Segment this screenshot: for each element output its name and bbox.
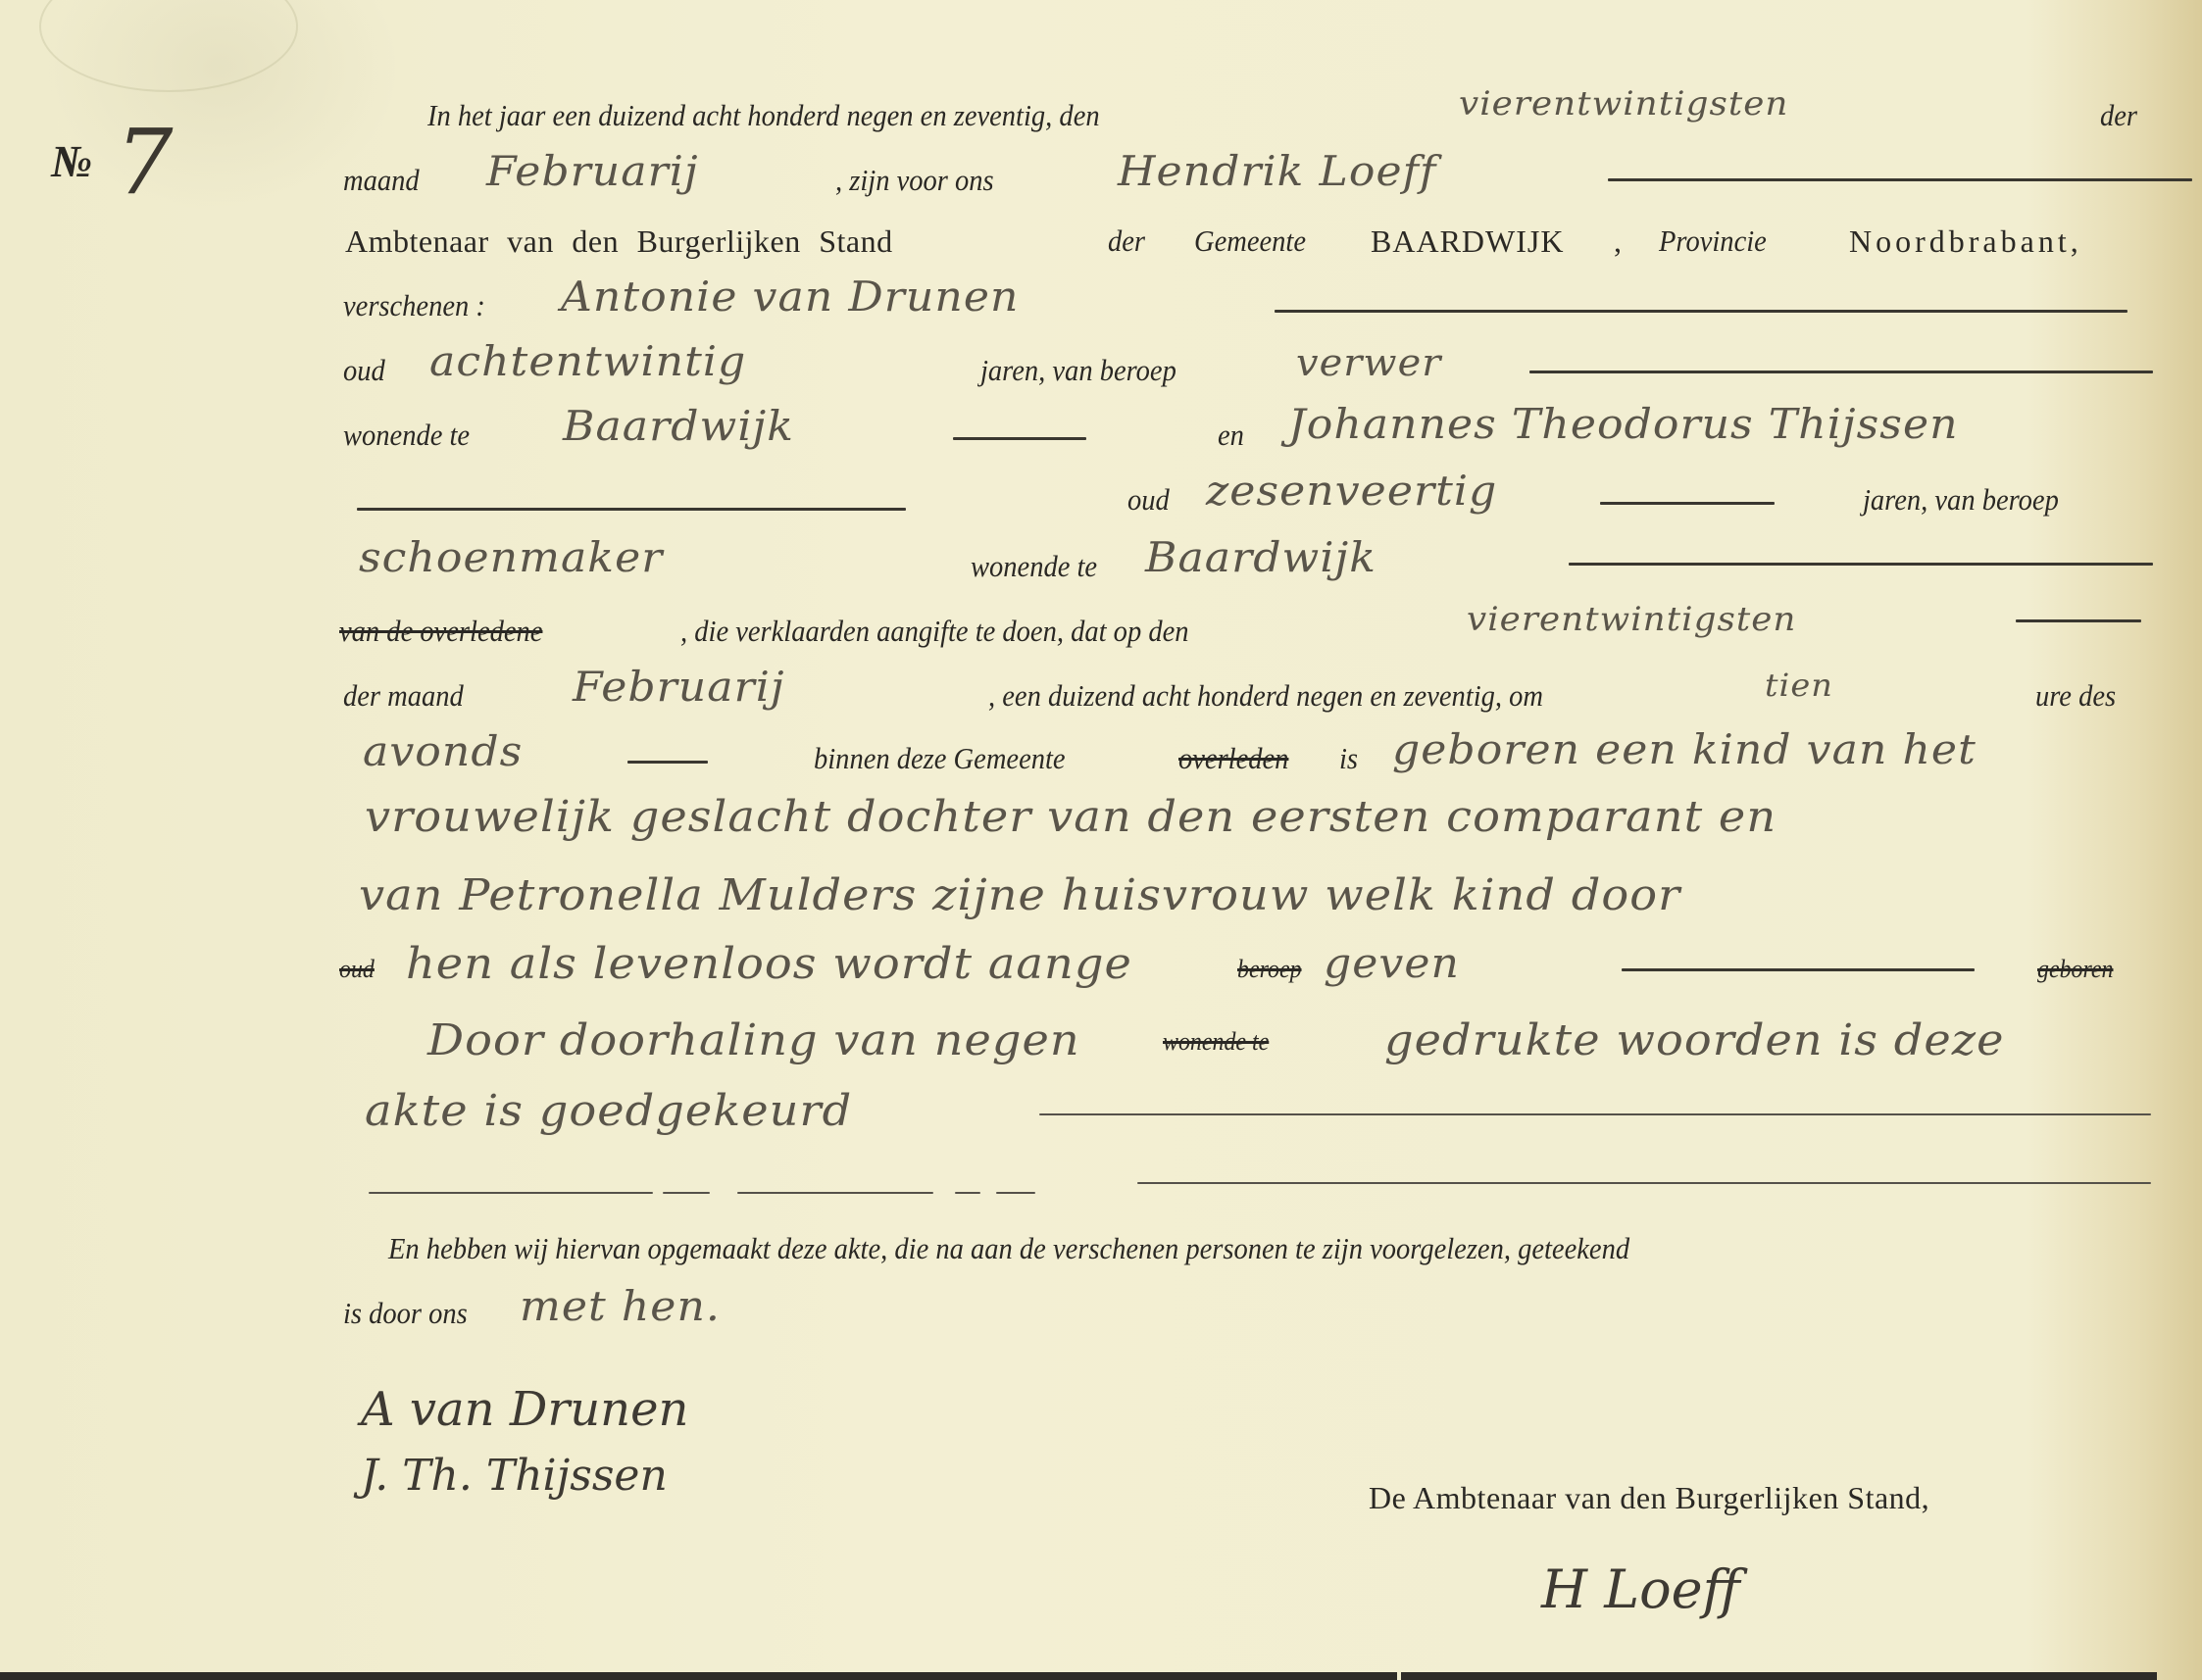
fill-line [1600,502,1775,505]
printed-verschenen: verschenen : [343,288,485,323]
fill-line [1275,310,2127,313]
printed-gemeente: Gemeente [1194,223,1306,259]
struck-beroep: beroep [1237,955,1302,984]
fill-line [627,761,708,764]
handwritten-day-2: vierentwintigsten [1467,600,1796,639]
printed-closing-statement: En hebben wij hiervan opgemaakt deze akt… [388,1231,1629,1266]
handwritten-profession-2: schoenmaker [359,533,663,581]
fill-line [369,1192,653,1194]
fill-line [1529,371,2153,373]
paper-stain [39,0,298,92]
fill-line [1608,178,2192,181]
handwritten-hour: tien [1765,667,1833,704]
fill-line [953,437,1086,440]
page-bottom-border-gap [1397,1670,1401,1680]
record-number: 7 [116,110,174,215]
signature-witness-1: A van Drunen [361,1382,688,1437]
handwritten-approved: akte is goedgekeurd [365,1086,852,1136]
handwritten-day: vierentwintigsten [1459,84,1788,124]
struck-oud: oud [339,955,375,984]
fill-line [1569,563,2153,566]
struck-wonende-te: wonende te [1163,1027,1269,1057]
struck-overleden: overleden [1178,741,1288,776]
handwritten-age-1: achtentwintig [429,337,746,385]
printed-der: der [1108,223,1145,259]
civil-record-page: № 7 In het jaar een duizend acht honderd… [0,0,2202,1680]
handwritten-mother: van Petronella Mulders zijne huisvrouw w… [359,870,1680,920]
printed-maand: maand [343,163,420,198]
printed-wonende-te: wonende te [971,549,1097,584]
struck-geboren: geboren [2037,955,2113,984]
fill-line [996,1192,1035,1194]
printed-jaren-beroep: jaren, van beroep [980,353,1176,388]
handwritten-correction-note-2: gedrukte woorden is deze [1384,1015,2005,1065]
fill-line [663,1192,710,1194]
printed-is: is [1339,741,1358,776]
printed-der: der [2100,98,2137,133]
handwritten-age-2: zesenveertig [1206,467,1497,515]
fill-line [2016,619,2141,622]
printed-der-maand: der maand [343,678,464,714]
printed-provincie: Provincie [1659,223,1767,259]
printed-oud: oud [343,353,385,388]
municipality-name: BAARDWIJK [1371,223,1564,260]
printed-zijn-voor-ons: , zijn voor ons [835,163,994,198]
handwritten-declarant-2: Johannes Theodorus Thijssen [1288,400,1959,448]
fill-line [357,508,906,511]
printed-verklaarden: , die verklaarden aangifte te doen, dat … [680,614,1189,649]
handwritten-residence-2: Baardwijk [1145,533,1376,581]
handwritten-correction-note: Door doorhaling van negen [427,1015,1080,1065]
handwritten-month-2: Februarij [573,663,785,711]
fill-line [1137,1182,2151,1184]
printed-en: en [1218,418,1244,453]
record-number-label: № [51,135,92,187]
handwritten-event-text: geboren een kind van het [1392,725,1977,773]
fill-line [737,1192,933,1194]
handwritten-time-of-day: avonds [363,727,523,775]
printed-is-door-ons: is door ons [343,1296,468,1331]
printed-jaren-beroep: jaren, van beroep [1863,482,2059,518]
fill-line [1622,968,1975,971]
printed-wonende-te: wonende te [343,418,470,453]
intro-printed-text: In het jaar een duizend acht honderd neg… [427,98,1100,133]
printed-ambtenaar: Ambtenaar van den Burgerlijken Stand [345,223,893,260]
handwritten-residence-1: Baardwijk [563,402,794,450]
fill-line [1039,1113,2151,1115]
printed-binnen-deze-gemeente: binnen deze Gemeente [814,741,1066,776]
handwritten-official-name: Hendrik Loeff [1118,147,1436,195]
province-name: Noordbrabant, [1849,223,2082,260]
handwritten-declarant-1: Antonie van Drunen [561,272,1019,321]
handwritten-stillborn: hen als levenloos wordt aange [406,939,1132,989]
handwritten-line-12: vrouwelijk geslacht dochter van den eers… [365,792,1777,842]
handwritten-geven: geven [1324,939,1460,987]
printed-ure-des: ure des [2035,678,2116,714]
handwritten-met-hen: met hen. [520,1282,721,1330]
fill-line [955,1192,980,1194]
page-bottom-border [0,1672,2157,1680]
signature-official: H Loeff [1541,1558,1740,1620]
official-title: De Ambtenaar van den Burgerlijken Stand, [1369,1480,1929,1516]
signature-witness-2: J. Th. Thijssen [361,1451,668,1501]
printed-oud: oud [1127,482,1170,518]
handwritten-month: Februarij [486,147,699,195]
comma: , [1614,223,1623,260]
printed-year-text: , een duizend acht honderd negen en zeve… [988,678,1543,714]
struck-van-de-overledene: van de overledene [339,614,542,649]
handwritten-profession-1: verwer [1296,341,1441,384]
